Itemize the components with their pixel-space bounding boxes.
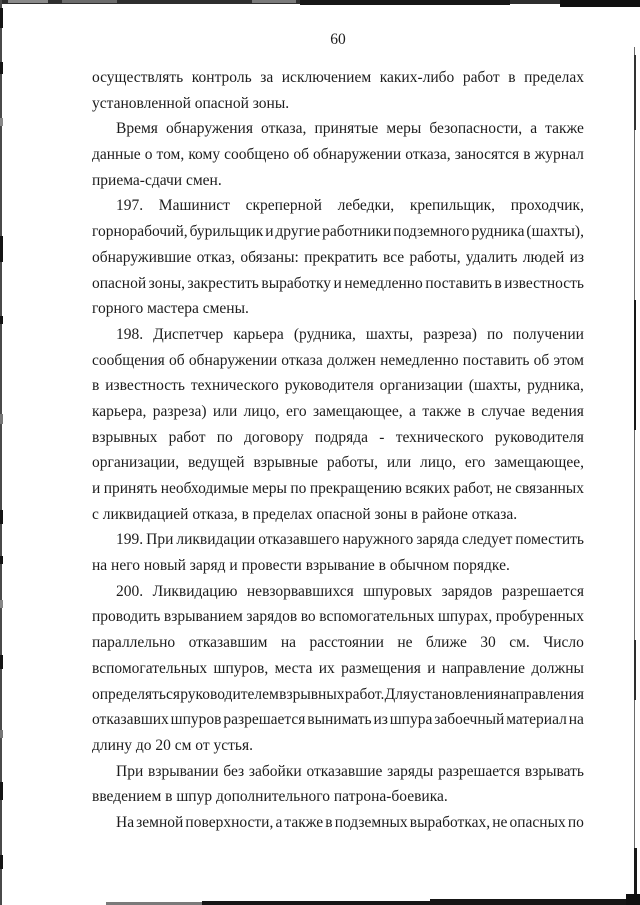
word: отказа, xyxy=(261,116,306,142)
scan-mark xyxy=(0,730,3,738)
scan-mark xyxy=(634,640,636,700)
word: карьера xyxy=(233,322,284,348)
word: все xyxy=(383,245,404,271)
text-line: 198.Диспетчеркарьера(рудника,шахты,разре… xyxy=(92,322,584,348)
word: земной xyxy=(136,810,183,836)
word: удалить xyxy=(466,245,518,271)
scan-mark xyxy=(0,414,3,424)
word: в xyxy=(508,65,515,91)
word: (рудника, xyxy=(294,322,356,348)
word: На xyxy=(116,810,134,836)
word: и xyxy=(427,656,435,682)
word: каких-либо xyxy=(380,65,455,91)
word: взрывать xyxy=(525,759,584,785)
word: отказавшего xyxy=(258,527,339,553)
word: вынимать xyxy=(307,707,371,733)
word: принятые xyxy=(314,116,378,142)
word: выработках, xyxy=(410,810,490,836)
text-line: горнорабочий,бурильщикидругиеработникипо… xyxy=(92,219,584,245)
word: в xyxy=(467,399,474,425)
word: немедленно xyxy=(380,348,459,374)
word: этом xyxy=(553,348,584,374)
text-line: обнаружившиеотказ,обязаны:прекратитьвсер… xyxy=(92,245,584,271)
word: горнорабочий, xyxy=(92,219,188,245)
word: организации xyxy=(380,373,463,399)
scan-mark xyxy=(0,556,3,564)
text-line: Привзрываниибеззабойкиотказавшиезарядыра… xyxy=(92,759,584,785)
word: ведения xyxy=(532,399,584,425)
word: взрыванием xyxy=(164,604,243,630)
word: получении xyxy=(513,322,584,348)
document-page: 60 осуществлятьконтрользаисключениемкаки… xyxy=(0,0,640,905)
text-line: визвестностьтехническогоруководителяорга… xyxy=(92,373,584,399)
word: обнаружившие xyxy=(92,245,191,271)
word: отказа, xyxy=(405,142,450,168)
word: из xyxy=(373,707,387,733)
scan-mark xyxy=(0,236,3,262)
scan-mark xyxy=(300,0,510,5)
scan-mark xyxy=(634,55,636,130)
word: работ. xyxy=(345,682,385,708)
scan-mark xyxy=(0,8,3,28)
word: поверхности, xyxy=(185,810,273,836)
word: замещающее, xyxy=(494,450,584,476)
scan-mark xyxy=(252,0,296,3)
word: взрывные xyxy=(253,450,318,476)
word: При xyxy=(146,527,173,553)
text-line: приема-сдачи смен. xyxy=(92,168,584,194)
word: обнаружения xyxy=(166,116,253,142)
text-line: на него новый заряд и провести взрывание… xyxy=(92,553,584,579)
scan-artifact-top-edge xyxy=(0,0,640,8)
text-line: установленной опасной зоны. xyxy=(92,91,584,117)
word: сообщено xyxy=(224,142,289,168)
word: а xyxy=(275,810,282,836)
word: руководителем xyxy=(180,682,279,708)
word: работ xyxy=(169,425,206,451)
word: связанных xyxy=(515,476,584,502)
word: 199. xyxy=(116,527,143,553)
text-line: определятьсяруководителемвзрывныхработ.Д… xyxy=(92,682,584,708)
word: отказавшие xyxy=(306,759,382,785)
word: 197. xyxy=(116,193,143,219)
scan-mark xyxy=(62,0,117,3)
word: рудника xyxy=(471,219,524,245)
scan-artifact-bottom-edge xyxy=(106,893,640,905)
word: отказа xyxy=(281,348,323,374)
scan-mark xyxy=(0,316,3,324)
word: Время xyxy=(116,116,158,142)
word: поместить xyxy=(515,527,584,553)
scan-artifact-right-edge xyxy=(634,0,638,905)
word: из xyxy=(570,245,584,271)
word: не xyxy=(492,810,507,836)
text-line: горного мастера смены. xyxy=(92,296,584,322)
word: зарядов xyxy=(246,604,297,630)
word: должен xyxy=(327,348,376,374)
word: технического xyxy=(191,373,279,399)
word: проходчик, xyxy=(511,193,584,219)
word: об xyxy=(169,348,185,374)
word: взрывных xyxy=(92,425,157,451)
word: без xyxy=(223,759,244,785)
text-line: карьера,разреза)илилицо,егозамещающее,ат… xyxy=(92,399,584,425)
word: лицо, xyxy=(420,450,456,476)
word: или xyxy=(213,399,237,425)
text-line: параллельноотказавшимнарасстояниинеближе… xyxy=(92,630,584,656)
word: не xyxy=(496,476,511,502)
word: его xyxy=(286,399,307,425)
word: меры xyxy=(252,476,287,502)
word: и xyxy=(334,271,342,297)
word: направления xyxy=(501,682,584,708)
text-line: сообщенияобобнаруженииотказадолженнемедл… xyxy=(92,348,584,374)
word: опасных xyxy=(510,810,566,836)
word: вспомогательных xyxy=(92,656,207,682)
word: прекращению xyxy=(310,476,402,502)
text-block: осуществлятьконтрользаисключениемкаких-л… xyxy=(92,65,584,836)
word: ведущей xyxy=(188,450,245,476)
word: выработку xyxy=(261,271,331,297)
word: по xyxy=(290,476,306,502)
word: Ликвидацию xyxy=(153,579,238,605)
word: лицо, xyxy=(244,399,280,425)
page-number: 60 xyxy=(92,27,584,53)
word: известность xyxy=(105,373,185,399)
text-line: данныеотом,комусообщенообобнаруженииотка… xyxy=(92,142,584,168)
word: его xyxy=(465,450,486,476)
word: обнаружении xyxy=(313,142,401,168)
word: по xyxy=(217,425,233,451)
word: ликвидации xyxy=(176,527,255,553)
word: 200. xyxy=(116,579,143,605)
word: всяких xyxy=(405,476,450,502)
word: зарядов xyxy=(442,579,493,605)
text-line: введением в шпур дополнительного патрона… xyxy=(92,784,584,810)
word: заносятся xyxy=(455,142,519,168)
text-line: длину до 20 см от устья. xyxy=(92,733,584,759)
text-line: отказавшихшпуровразрешаетсявыниматьизшпу… xyxy=(92,707,584,733)
word: известность xyxy=(504,271,584,297)
word: организации, xyxy=(92,450,179,476)
word: размещения xyxy=(341,656,421,682)
word: по xyxy=(568,810,584,836)
word: опасной xyxy=(92,271,146,297)
word: шпуров xyxy=(171,707,222,733)
word: о xyxy=(145,142,153,168)
word: на xyxy=(569,707,584,733)
word: журнал xyxy=(535,142,584,168)
word: рудника, xyxy=(527,373,584,399)
word: параллельно xyxy=(92,630,175,656)
word: расстоянии xyxy=(309,630,383,656)
word: по xyxy=(487,322,503,348)
word: невзорвавшихся xyxy=(247,579,354,605)
word: об xyxy=(534,348,550,374)
word: а xyxy=(409,399,416,425)
word: взрывных xyxy=(279,682,344,708)
word: подземных xyxy=(335,810,408,836)
word: Машинист xyxy=(159,193,230,219)
text-line: вспомогательныхшпуров,местаихразмещенияи… xyxy=(92,656,584,682)
scan-mark xyxy=(430,899,640,905)
scan-mark xyxy=(0,118,3,126)
word: бурильщик xyxy=(190,219,264,245)
word: следует xyxy=(462,527,512,553)
word: исключением xyxy=(282,65,371,91)
word: или xyxy=(387,450,411,476)
word: поставить xyxy=(463,348,530,374)
word: обязаны: xyxy=(240,245,298,271)
word: наружного xyxy=(343,527,414,553)
word: шпурах, xyxy=(438,604,492,630)
text-line: проводитьвзрываниемзарядоввовспомогатель… xyxy=(92,604,584,630)
word: случае xyxy=(481,399,525,425)
word: не xyxy=(397,630,412,656)
word: принять xyxy=(104,476,158,502)
text-line: 200.Ликвидациюневзорвавшихсяшпуровыхзаря… xyxy=(92,579,584,605)
word: прекратить xyxy=(304,245,378,271)
word: При xyxy=(116,759,143,785)
word: данные xyxy=(92,142,141,168)
word: разреза) xyxy=(423,322,477,348)
word: отказ, xyxy=(197,245,236,271)
word: безопасности, xyxy=(429,116,522,142)
word: заряды xyxy=(387,759,433,785)
word: работ xyxy=(463,65,500,91)
word: руководителя xyxy=(495,425,584,451)
scan-artifact-left-edge xyxy=(0,0,4,905)
text-line: 199.Приликвидацииотказавшегонаружногозар… xyxy=(92,527,584,553)
word: другие xyxy=(275,219,320,245)
word: должны xyxy=(531,656,584,682)
word: пределах xyxy=(524,65,584,91)
text-line: организации,ведущейвзрывныеработы,илилиц… xyxy=(92,450,584,476)
word: разрешается xyxy=(502,579,584,605)
word: поставить xyxy=(425,271,492,297)
word: пробуренных xyxy=(496,604,584,630)
word: ближе xyxy=(426,630,467,656)
word: шпура xyxy=(390,707,433,733)
word: проводить xyxy=(92,604,160,630)
text-line: осуществлятьконтрользаисключениемкаких-л… xyxy=(92,65,584,91)
scan-mark xyxy=(634,300,637,430)
word: работ, xyxy=(454,476,494,502)
scan-mark xyxy=(0,600,3,608)
word: людей xyxy=(523,245,565,271)
word: руководителя xyxy=(285,373,374,399)
word: работники xyxy=(322,219,391,245)
scan-mark xyxy=(0,655,3,669)
word: на xyxy=(281,630,296,656)
word: также xyxy=(422,399,461,425)
text-line: с ликвидацией отказа, в пределах опасной… xyxy=(92,502,584,528)
word: в xyxy=(523,142,530,168)
word: в xyxy=(494,271,501,297)
word: замещающее, xyxy=(313,399,403,425)
scan-mark xyxy=(8,0,48,3)
word: в xyxy=(325,810,332,836)
word: шахты, xyxy=(366,322,413,348)
word: том, xyxy=(157,142,185,168)
word: забойки xyxy=(249,759,302,785)
word: отказавших xyxy=(92,707,169,733)
word: заряда xyxy=(416,527,459,553)
word: см. xyxy=(509,630,530,656)
word: работы, xyxy=(409,245,460,271)
scan-mark xyxy=(634,47,636,905)
word: зоны, xyxy=(149,271,185,297)
text-line: Времяобнаруженияотказа,принятыемерыбезоп… xyxy=(92,116,584,142)
word: отказавшим xyxy=(189,630,268,656)
word: материал xyxy=(506,707,567,733)
text-line: Наземнойповерхности,атакжевподземныхвыра… xyxy=(92,810,584,836)
word: меры xyxy=(386,116,421,142)
word: разреза) xyxy=(153,399,207,425)
word: об xyxy=(293,142,309,168)
word: крепильщик, xyxy=(410,193,495,219)
word: также xyxy=(284,810,323,836)
word: договору xyxy=(244,425,304,451)
word: Диспетчер xyxy=(153,322,223,348)
word: также xyxy=(545,116,584,142)
scan-mark xyxy=(0,782,3,800)
scan-mark xyxy=(0,855,3,869)
word: - xyxy=(379,425,384,451)
word: и xyxy=(265,219,273,245)
scan-mark xyxy=(0,62,3,74)
word: немедленно xyxy=(344,271,423,297)
word: закрестить xyxy=(188,271,259,297)
text-line: ипринятьнеобходимыемерыпопрекращениювсяк… xyxy=(92,476,584,502)
word: во xyxy=(301,604,316,630)
text-line: опаснойзоны,закреститьвыработкуинемедлен… xyxy=(92,271,584,297)
word: (шахты), xyxy=(526,219,584,245)
word: их xyxy=(319,656,335,682)
word: лебедки, xyxy=(338,193,395,219)
scan-mark xyxy=(626,894,640,905)
word: технического xyxy=(396,425,484,451)
word: сообщения xyxy=(92,348,165,374)
word: работы, xyxy=(327,450,378,476)
word: Число xyxy=(543,630,584,656)
word: подряда xyxy=(315,425,368,451)
word: взрывании xyxy=(148,759,218,785)
word: разрешается xyxy=(223,707,305,733)
word: разрешается xyxy=(438,759,520,785)
word: необходимые xyxy=(161,476,249,502)
word: установления xyxy=(410,682,500,708)
text-line: взрывныхработподоговоруподряда-техническ… xyxy=(92,425,584,451)
word: карьера, xyxy=(92,399,146,425)
word: забоечный xyxy=(434,707,504,733)
word: вспомогательных xyxy=(319,604,434,630)
word: скреперной xyxy=(246,193,322,219)
scan-mark xyxy=(0,510,3,524)
word: Для xyxy=(385,682,410,708)
word: осуществлять xyxy=(92,65,183,91)
word: 198. xyxy=(116,322,143,348)
word: определяться xyxy=(92,682,180,708)
word: за xyxy=(260,65,273,91)
word: шпуров, xyxy=(214,656,269,682)
word: шпуровых xyxy=(363,579,432,605)
word: (шахты, xyxy=(469,373,521,399)
word: 30 xyxy=(480,630,496,656)
word: а xyxy=(530,116,537,142)
word: и xyxy=(92,476,100,502)
word: подземного xyxy=(393,219,469,245)
word: в xyxy=(92,373,99,399)
scan-mark xyxy=(560,0,640,7)
scan-mark xyxy=(0,0,2,905)
text-line: 197.Машинистскрепернойлебедки,крепильщик… xyxy=(92,193,584,219)
word: контроль xyxy=(192,65,252,91)
word: места xyxy=(275,656,313,682)
word: направление xyxy=(442,656,525,682)
word: обнаружении xyxy=(189,348,277,374)
word: кому xyxy=(188,142,220,168)
